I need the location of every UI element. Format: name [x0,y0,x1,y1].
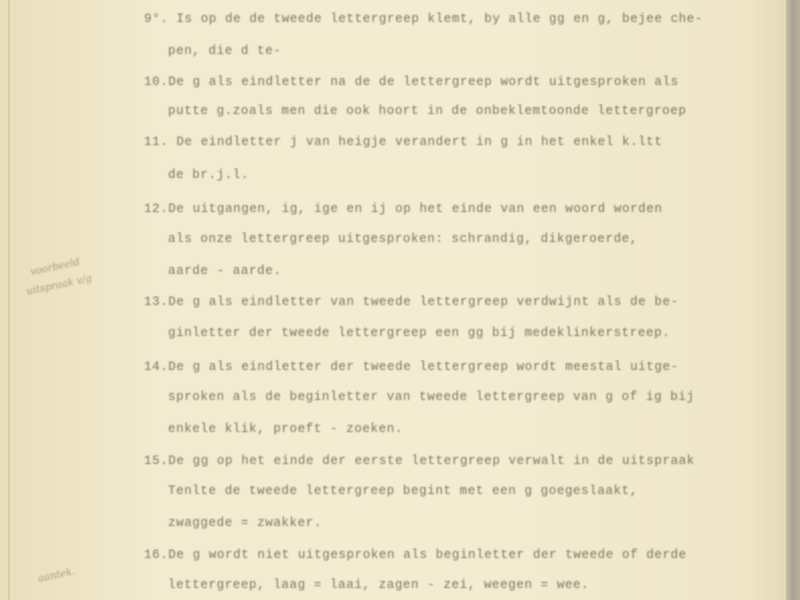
typed-line: 11. De eindletter j van heigje verandert… [144,135,662,149]
typed-line: sproken als de beginletter van tweede le… [168,390,695,404]
typed-line: als onze lettergreep uitgesproken: schra… [168,232,638,246]
page-fold [8,0,10,600]
typed-line: aarde - aarde. [168,264,281,278]
typed-line: putte g.zoals men die ook hoort in de on… [168,104,686,118]
handwritten-note: aantek. [37,566,76,585]
typed-line: 9°. Is op de de tweede lettergreep klemt… [144,12,703,26]
typed-line: 13.De g als eindletter van tweede letter… [144,295,679,309]
typed-line: 16.De g wordt niet uitgesproken als begi… [144,548,687,562]
document-page: 9°. Is op de de tweede lettergreep klemt… [0,0,786,600]
typed-line: de br.j.l. [168,168,249,182]
typed-line: 14.De g als eindletter der tweede letter… [144,360,679,374]
typed-line: zwaggede = zwakker. [168,516,322,530]
handwritten-note: voorbeeld [29,257,81,278]
page-edge-shadow [786,0,800,600]
typed-line: 12.De uitgangen, ig, ige en ij op het ei… [144,202,662,216]
typed-line: lettergreep, laag = laai, zagen - zei, w… [168,578,589,592]
typed-line: pen, die d te- [168,44,281,58]
typed-line: 10.De g als eindletter na de de lettergr… [144,75,679,89]
typed-line: 15.De gg op het einde der eerste letterg… [144,454,695,468]
typed-line: Tenlte de tweede lettergreep begint met … [168,484,638,498]
typed-line: ginletter der tweede lettergreep een gg … [168,326,670,340]
typed-line: enkele klik, proeft - zoeken. [168,422,403,436]
